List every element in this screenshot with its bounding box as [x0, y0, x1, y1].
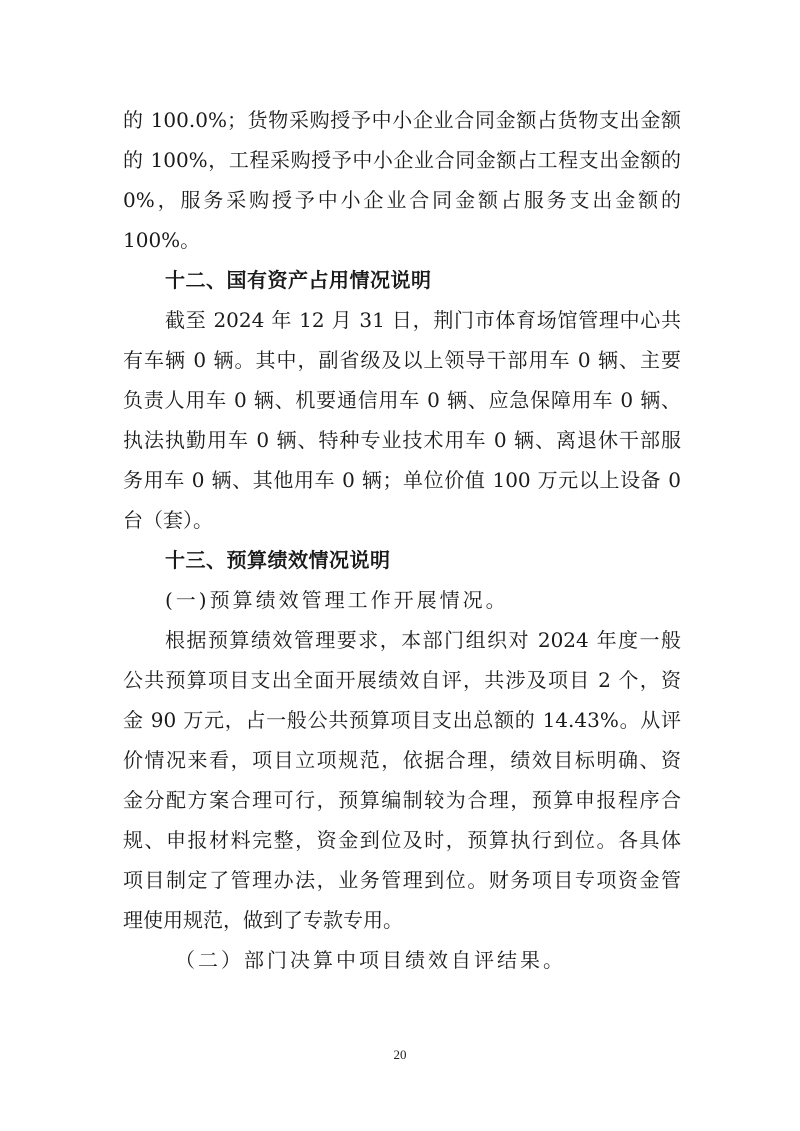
paragraph-performance: 根据预算绩效管理要求，本部门组织对 2024 年度一般 公共预算项目支出全面开展…: [123, 620, 681, 940]
page-number: 20: [0, 1047, 800, 1063]
text-line: 负责人用车 0 辆、机要通信用车 0 辆、应急保障用车 0 辆、: [123, 380, 681, 420]
section-heading-12: 十二、国有资产占用情况说明: [123, 260, 681, 300]
text-line: 价情况来看，项目立项规范，依据合理，绩效目标明确、资: [123, 740, 681, 780]
section-heading-13: 十三、预算绩效情况说明: [123, 540, 681, 580]
text-line: 的 100%，工程采购授予中小企业合同金额占工程支出金额的: [123, 140, 681, 180]
text-line: 100%。: [123, 220, 681, 260]
subsection-title-2: （二）部门决算中项目绩效自评结果。: [123, 940, 681, 980]
text-line: 有车辆 0 辆。其中，副省级及以上领导干部用车 0 辆、主要: [123, 340, 681, 380]
text-line: 根据预算绩效管理要求，本部门组织对 2024 年度一般: [123, 620, 681, 660]
text-line: 规、申报材料完整，资金到位及时，预算执行到位。各具体: [123, 820, 681, 860]
document-page: 的 100.0%；货物采购授予中小企业合同金额占货物支出金额 的 100%，工程…: [123, 100, 681, 980]
text-line: 台（套）。: [123, 500, 681, 540]
text-line: 务用车 0 辆、其他用车 0 辆；单位价值 100 万元以上设备 0: [123, 460, 681, 500]
paragraph-procurement: 的 100.0%；货物采购授予中小企业合同金额占货物支出金额 的 100%，工程…: [123, 100, 681, 260]
text-line: 截至 2024 年 12 月 31 日，荆门市体育场馆管理中心共: [123, 300, 681, 340]
text-line: 0%，服务采购授予中小企业合同金额占服务支出金额的: [123, 180, 681, 220]
text-line: 金 90 万元，占一般公共预算项目支出总额的 14.43%。从评: [123, 700, 681, 740]
text-line: 金分配方案合理可行，预算编制较为合理，预算申报程序合: [123, 780, 681, 820]
subsection-title-1: (一)预算绩效管理工作开展情况。: [123, 580, 681, 620]
text-line: 的 100.0%；货物采购授予中小企业合同金额占货物支出金额: [123, 100, 681, 140]
text-line: 理使用规范，做到了专款专用。: [123, 900, 681, 940]
paragraph-state-assets: 截至 2024 年 12 月 31 日，荆门市体育场馆管理中心共 有车辆 0 辆…: [123, 300, 681, 540]
text-line: 项目制定了管理办法，业务管理到位。财务项目专项资金管: [123, 860, 681, 900]
text-line: 公共预算项目支出全面开展绩效自评，共涉及项目 2 个，资: [123, 660, 681, 700]
text-line: 执法执勤用车 0 辆、特种专业技术用车 0 辆、离退休干部服: [123, 420, 681, 460]
